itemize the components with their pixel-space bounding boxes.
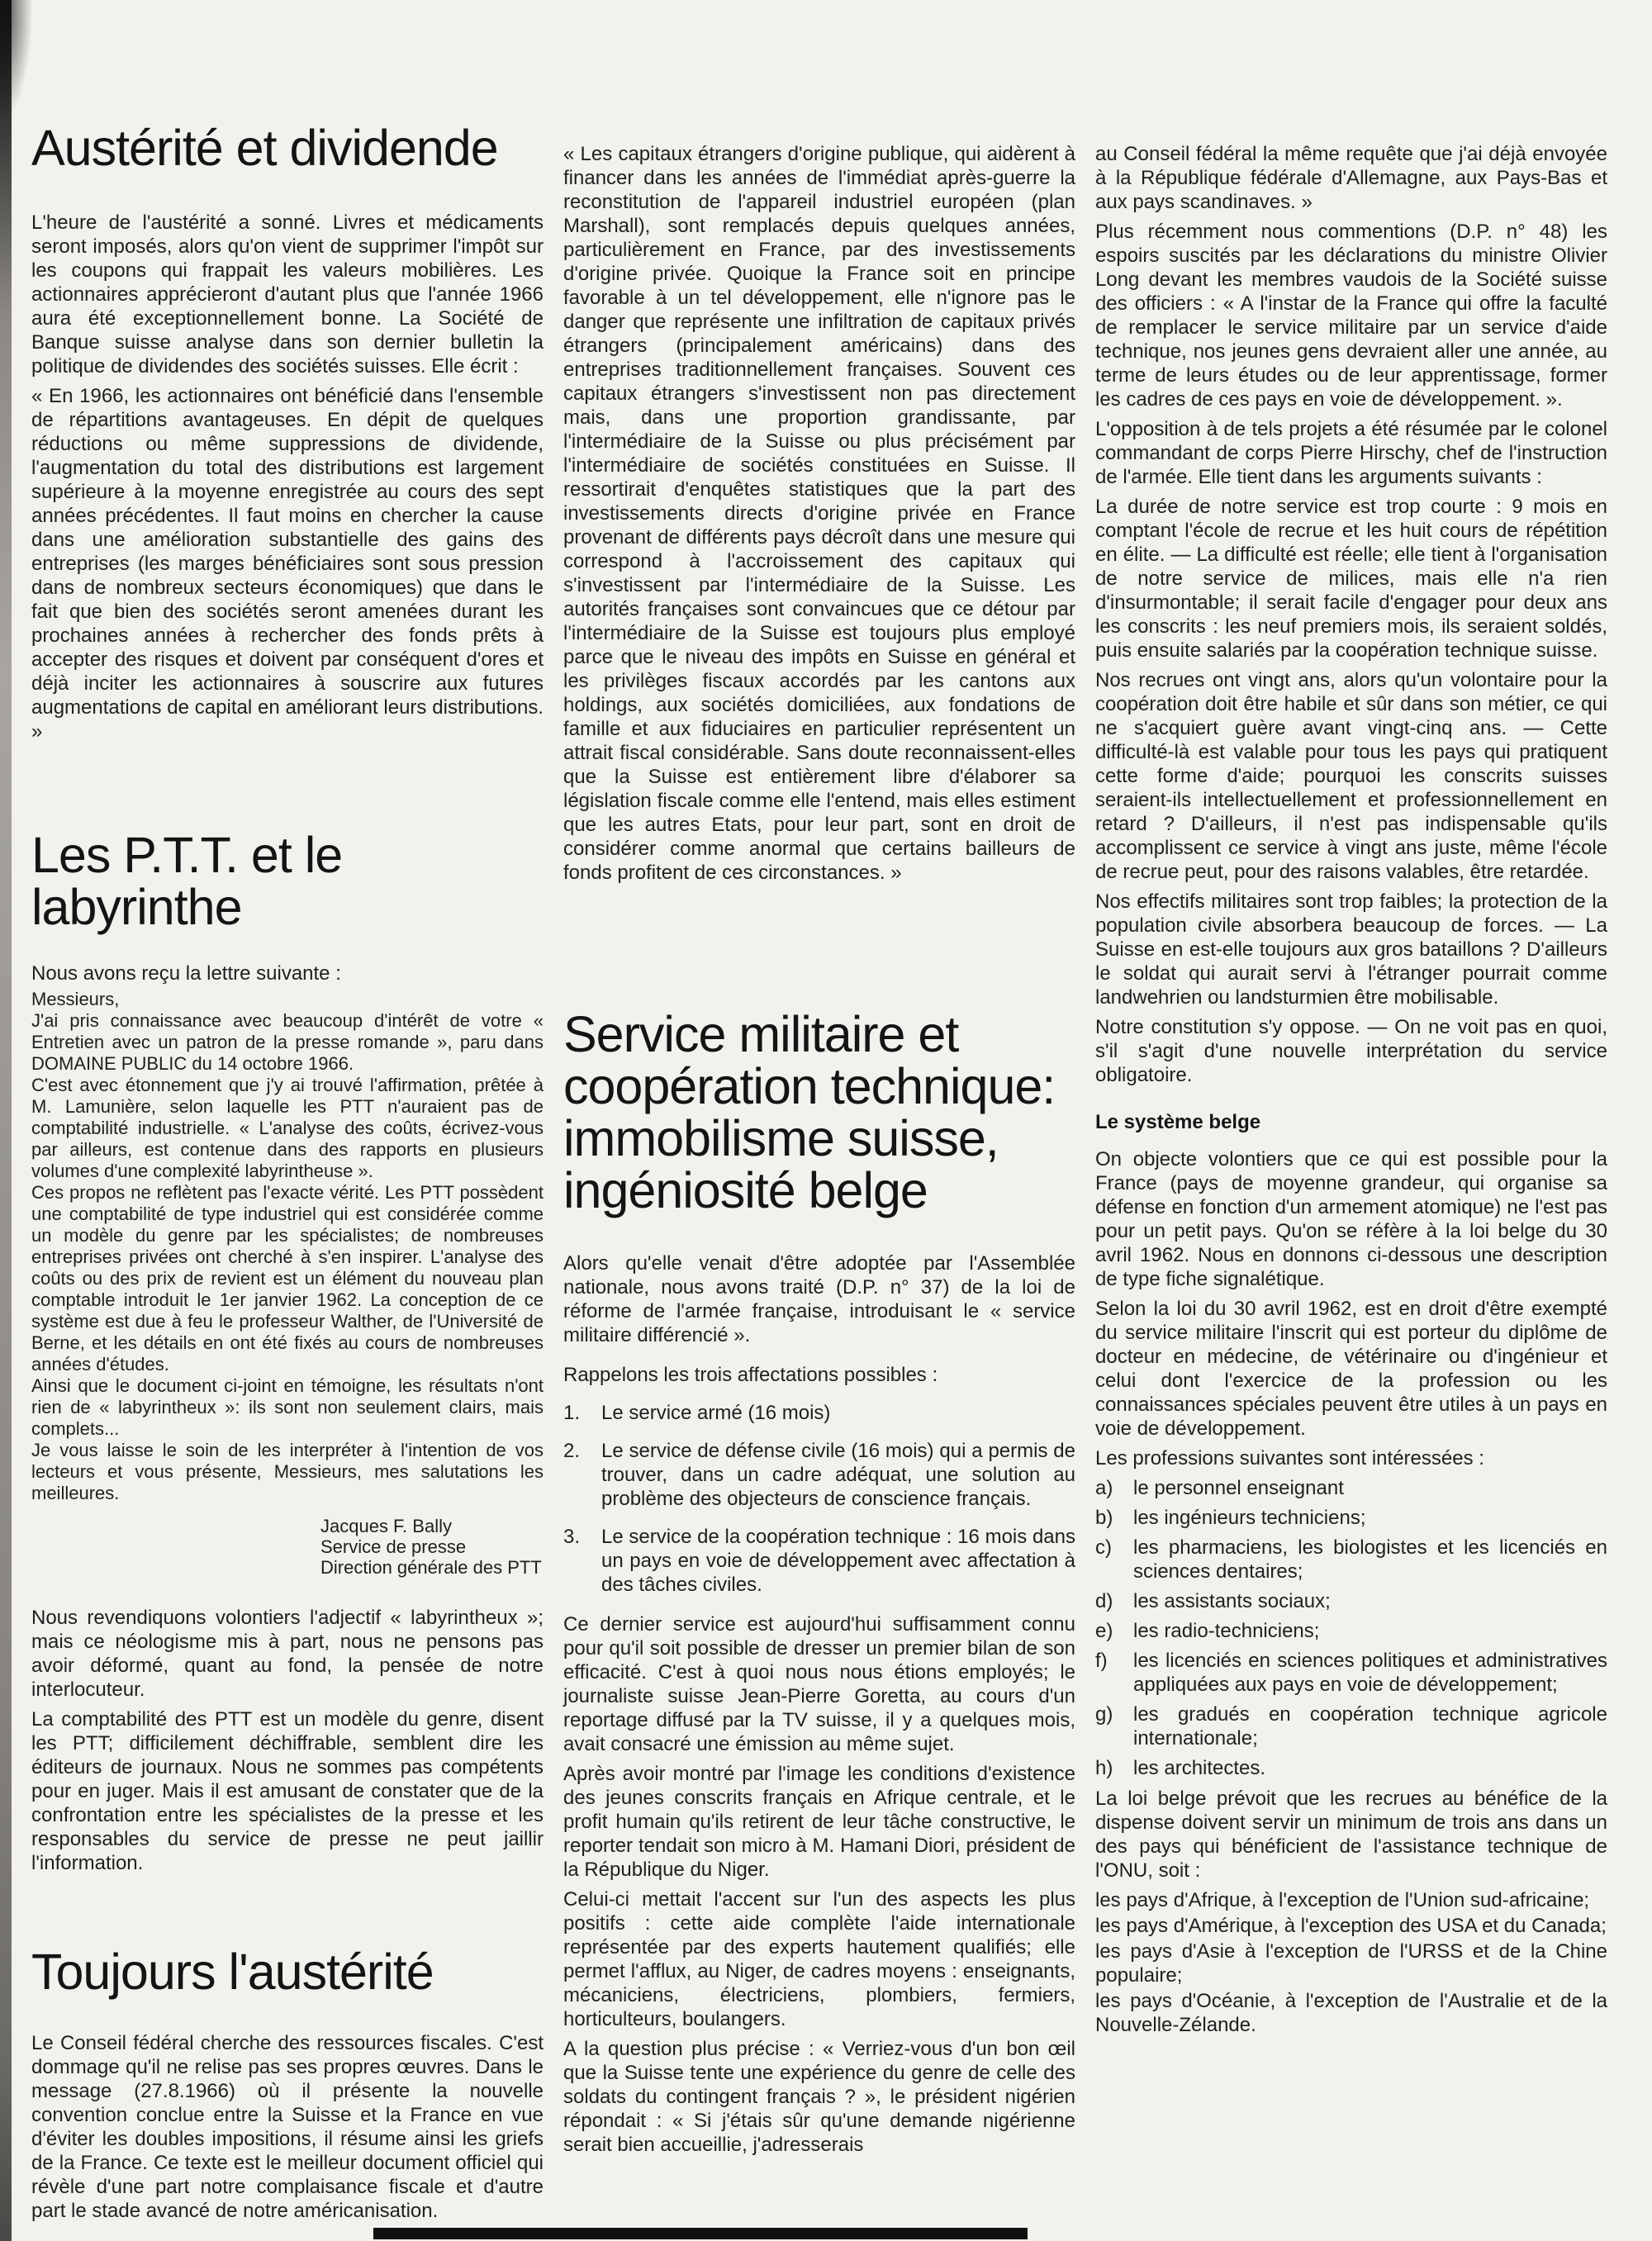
list-item-number: 3. xyxy=(563,1525,601,1597)
signature-name: Jacques F. Bally xyxy=(320,1516,544,1536)
column-left: Austérité et dividende L'heure de l'aust… xyxy=(31,0,544,2229)
list-item: g) les gradués en coopération technique … xyxy=(1095,1702,1607,1750)
signature-role: Service de presse xyxy=(320,1536,544,1557)
list-item-text: les ingénieurs techniciens; xyxy=(1133,1506,1607,1530)
list-item-text: les architectes. xyxy=(1133,1756,1607,1780)
letter-block: Messieurs, J'ai pris connaissance avec b… xyxy=(31,989,544,1578)
list-item-number: 2. xyxy=(563,1439,601,1511)
countries-list: les pays d'Afrique, à l'exception de l'U… xyxy=(1095,1888,1607,2037)
list-item-letter: e) xyxy=(1095,1619,1133,1643)
list-item: 3. Le service de la coopération techniqu… xyxy=(563,1525,1075,1597)
page-columns: Austérité et dividende L'heure de l'aust… xyxy=(31,0,1607,2229)
list-item-letter: g) xyxy=(1095,1702,1133,1750)
list-item-text: le personnel enseignant xyxy=(1133,1476,1607,1500)
paragraph: Celui-ci mettait l'accent sur l'un des a… xyxy=(563,1887,1075,2031)
paragraph: Selon la loi du 30 avril 1962, est en dr… xyxy=(1095,1297,1607,1441)
article-ptt-labyrinthe: Les P.T.T. et le labyrinthe Nous avons r… xyxy=(31,829,544,1875)
article-toujours-austerite: Toujours l'austérité Le Conseil fédéral … xyxy=(31,1946,544,2223)
letter-paragraph: Je vous laisse le soin de les interpréte… xyxy=(31,1440,544,1504)
letter-paragraph: Ces propos ne reflètent pas l'exacte vér… xyxy=(31,1182,544,1375)
paragraph: Le Conseil fédéral cherche des ressource… xyxy=(31,2031,544,2223)
list-item-text: les assistants sociaux; xyxy=(1133,1589,1607,1613)
article-title-service-militaire: Service militaire et coopération techniq… xyxy=(563,1009,1075,1217)
paragraph: Nos recrues ont vingt ans, alors qu'un v… xyxy=(1095,668,1607,884)
list-item-text: Le service de défense civile (16 mois) q… xyxy=(601,1439,1075,1511)
paragraph: Ce dernier service est aujourd'hui suffi… xyxy=(563,1612,1075,1756)
list-item: 2. Le service de défense civile (16 mois… xyxy=(563,1439,1075,1511)
numbered-list: 1. Le service armé (16 mois) 2. Le servi… xyxy=(563,1401,1075,1597)
paragraph: La durée de notre service est trop court… xyxy=(1095,495,1607,662)
list-item: a) le personnel enseignant xyxy=(1095,1476,1607,1500)
country-item: les pays d'Amérique, à l'exception des U… xyxy=(1095,1914,1607,1938)
paragraph: Nos effectifs militaires sont trop faibl… xyxy=(1095,890,1607,1009)
article-title-austerite: Austérité et dividende xyxy=(31,122,544,174)
country-item: les pays d'Afrique, à l'exception de l'U… xyxy=(1095,1888,1607,1912)
editorial-reply: Nous revendiquons volontiers l'adjectif … xyxy=(31,1606,544,1875)
list-item: b) les ingénieurs techniciens; xyxy=(1095,1506,1607,1530)
paragraph: Les professions suivantes sont intéressé… xyxy=(1095,1446,1607,1470)
list-item: 1. Le service armé (16 mois) xyxy=(563,1401,1075,1425)
list-item-text: les gradués en coopération technique agr… xyxy=(1133,1702,1607,1750)
scan-bottom-bar-artifact xyxy=(373,2228,1028,2239)
paragraph: La comptabilité des PTT est un modèle du… xyxy=(31,1707,544,1875)
paragraph: « En 1966, les actionnaires ont bénéfici… xyxy=(31,384,544,743)
list-item-letter: f) xyxy=(1095,1649,1133,1697)
list-item-text: les pharmaciens, les biologistes et les … xyxy=(1133,1536,1607,1583)
article-title-ptt: Les P.T.T. et le labyrinthe xyxy=(31,829,544,933)
list-item-letter: c) xyxy=(1095,1536,1133,1583)
list-item: d) les assistants sociaux; xyxy=(1095,1589,1607,1613)
letter-paragraph: Ainsi que le document ci-joint en témoig… xyxy=(31,1375,544,1440)
paragraph: L'opposition à de tels projets a été rés… xyxy=(1095,417,1607,489)
article-austerite-dividende: Austérité et dividende L'heure de l'aust… xyxy=(31,122,544,743)
paragraph: L'heure de l'austérité a sonné. Livres e… xyxy=(31,211,544,378)
list-item-letter: d) xyxy=(1095,1589,1133,1613)
article-service-militaire: Service militaire et coopération techniq… xyxy=(563,1009,1075,2157)
list-item: f) les licenciés en sciences politiques … xyxy=(1095,1649,1607,1697)
letter-paragraph: Messieurs, xyxy=(31,989,544,1010)
subhead-systeme-belge: Le système belge xyxy=(1095,1110,1607,1134)
list-item-text: Le service de la coopération technique :… xyxy=(601,1525,1075,1597)
list-item-text: les radio-techniciens; xyxy=(1133,1619,1607,1643)
list-item: e) les radio-techniciens; xyxy=(1095,1619,1607,1643)
list-item-letter: b) xyxy=(1095,1506,1133,1530)
paragraph: Plus récemment nous commentions (D.P. n°… xyxy=(1095,220,1607,411)
list-item-letter: a) xyxy=(1095,1476,1133,1500)
scanned-newspaper-page: { "page": { "bg_color": "#f2f1ed", "ink_… xyxy=(0,0,1652,2241)
letter-paragraph: J'ai pris connaissance avec beaucoup d'i… xyxy=(31,1010,544,1075)
block-quote-capitaux: « Les capitaux étrangers d'origine publi… xyxy=(563,142,1075,885)
list-item-text: Le service armé (16 mois) xyxy=(601,1401,1075,1425)
country-item: les pays d'Asie à l'exception de l'URSS … xyxy=(1095,1940,1607,1987)
paragraph: Alors qu'elle venait d'être adoptée par … xyxy=(563,1251,1075,1347)
list-item-text: les licenciés en sciences politiques et … xyxy=(1133,1649,1607,1697)
paragraph: Rappelons les trois affectations possibl… xyxy=(563,1363,1075,1387)
letter-paragraph: C'est avec étonnement que j'y ai trouvé … xyxy=(31,1075,544,1182)
list-item: h) les architectes. xyxy=(1095,1756,1607,1780)
signature-org: Direction générale des PTT xyxy=(320,1557,544,1578)
paragraph: A la question plus précise : « Verriez-v… xyxy=(563,2037,1075,2157)
scan-corner-artifact xyxy=(0,0,33,124)
paragraph: Notre constitution s'y oppose. — On ne v… xyxy=(1095,1015,1607,1087)
list-item-letter: h) xyxy=(1095,1756,1133,1780)
scan-gutter-artifact xyxy=(0,0,12,2241)
column-right: au Conseil fédéral la même requête que j… xyxy=(1095,0,1607,2229)
paragraph: La loi belge prévoit que les recrues au … xyxy=(1095,1787,1607,1883)
paragraph: au Conseil fédéral la même requête que j… xyxy=(1095,142,1607,214)
country-item: les pays d'Océanie, à l'exception de l'A… xyxy=(1095,1989,1607,2037)
paragraph: Nous revendiquons volontiers l'adjectif … xyxy=(31,1606,544,1702)
column-middle: « Les capitaux étrangers d'origine publi… xyxy=(563,0,1075,2229)
professions-list: a) le personnel enseignant b) les ingéni… xyxy=(1095,1476,1607,1780)
list-item: c) les pharmaciens, les biologistes et l… xyxy=(1095,1536,1607,1583)
signature-block: Jacques F. Bally Service de presse Direc… xyxy=(320,1516,544,1578)
paragraph: Après avoir montré par l'image les condi… xyxy=(563,1762,1075,1882)
letter-intro: Nous avons reçu la lettre suivante : xyxy=(31,961,544,985)
paragraph: On objecte volontiers que ce qui est pos… xyxy=(1095,1147,1607,1291)
article-title-toujours: Toujours l'austérité xyxy=(31,1946,544,1998)
list-item-number: 1. xyxy=(563,1401,601,1425)
